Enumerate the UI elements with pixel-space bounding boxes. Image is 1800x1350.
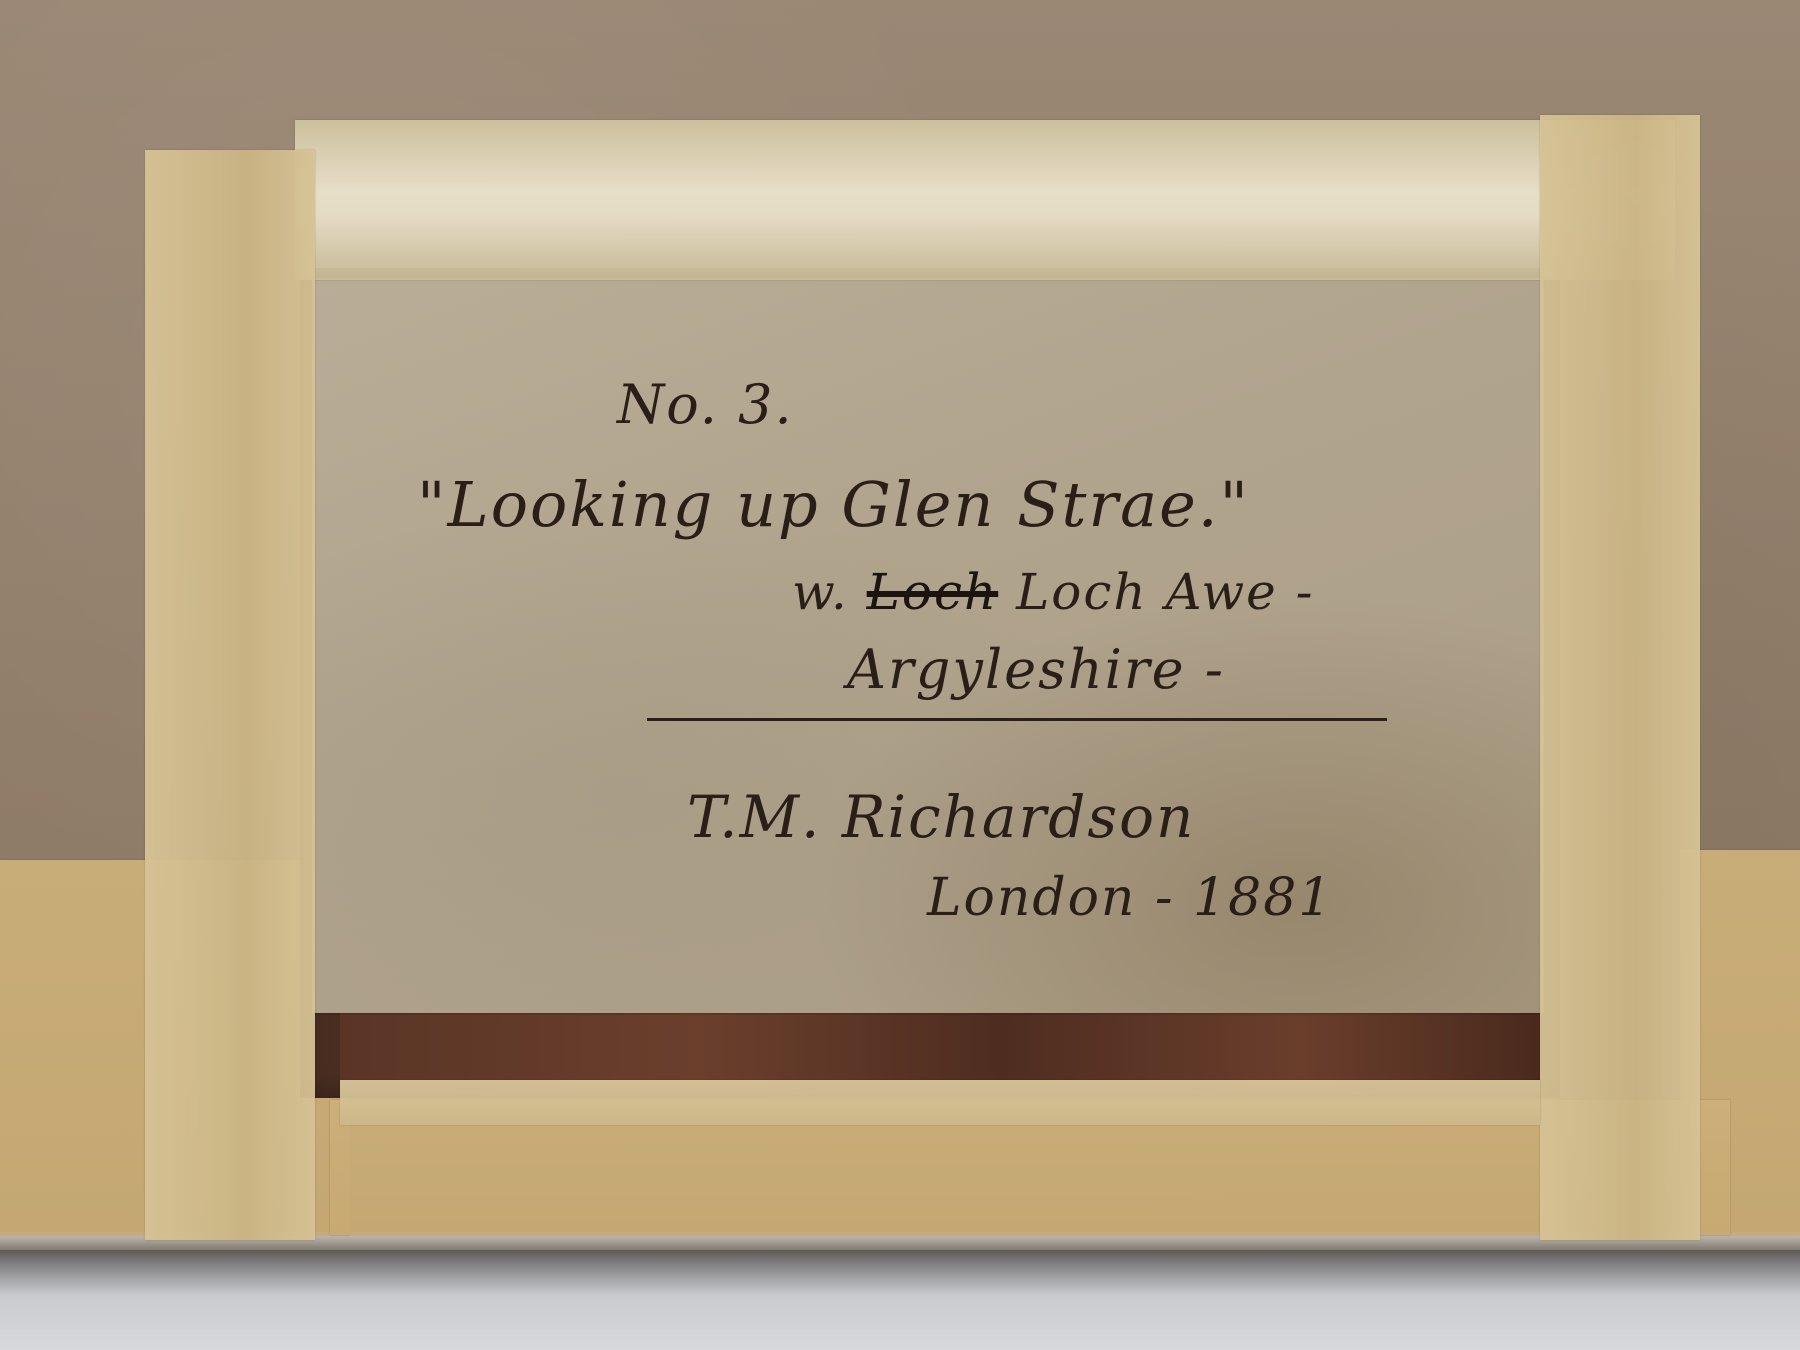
handwritten-label: No. 3. "Looking up Glen Strae." w. Loch … [312,278,1544,1013]
location-prefix: w. [792,563,849,621]
artist-signature: T.M. Richardson [687,783,1195,851]
place-and-date: London - 1881 [927,868,1333,928]
masking-tape-left [145,150,315,1240]
label-county: Argyleshire - [847,638,1225,701]
struck-word: Loch [867,563,999,621]
label-location: w. Loch Loch Awe - [792,563,1315,621]
label-number: No. 3. [617,373,794,436]
masking-tape-label-bottom [340,1080,1540,1125]
underline-rule [647,718,1387,721]
location-name: Loch Awe - [1016,563,1314,621]
label-title: "Looking up Glen Strae." [417,468,1250,541]
masking-tape-right [1540,115,1700,1240]
floor-surface [0,1250,1800,1350]
masking-tape-top [295,120,1675,280]
